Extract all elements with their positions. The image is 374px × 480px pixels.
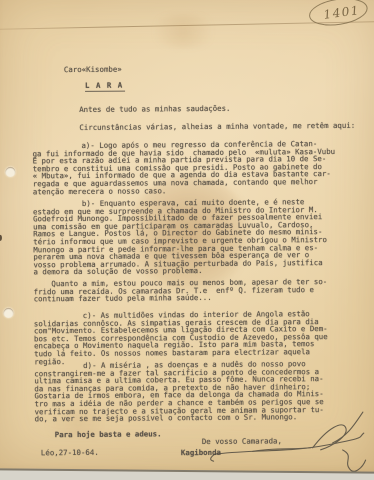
greeting-line: Antes de tudo as minhas saudações. <box>79 104 230 114</box>
paragraph-c: c)- As multidões vindas do interior de A… <box>34 310 328 365</box>
salutation: Caro«Kisombe» <box>64 65 122 74</box>
farewell-line: Para hoje basta e adeus. <box>55 429 162 439</box>
scanned-letter-page: 1401 Caro«Kisombe» L A R A Antes de tudo… <box>0 0 374 480</box>
addressee-name: L A R A <box>85 81 125 92</box>
handwritten-signature <box>193 397 369 476</box>
paragraph-a: a)- Logo após o meu regresso da conferên… <box>32 140 335 196</box>
paragraph-b: b)- Enquanto esperava, caí muito doente,… <box>33 198 327 276</box>
place-date: Léo,27-10-64. <box>41 448 99 457</box>
intro-line: Circunstâncias várias, alheias a minha v… <box>79 121 355 132</box>
letter-paper: 1401 Caro«Kisombe» L A R A Antes de tudo… <box>0 0 374 473</box>
paragraph-health: Quanto a mim, estou pouco mais ou menos … <box>34 278 328 303</box>
